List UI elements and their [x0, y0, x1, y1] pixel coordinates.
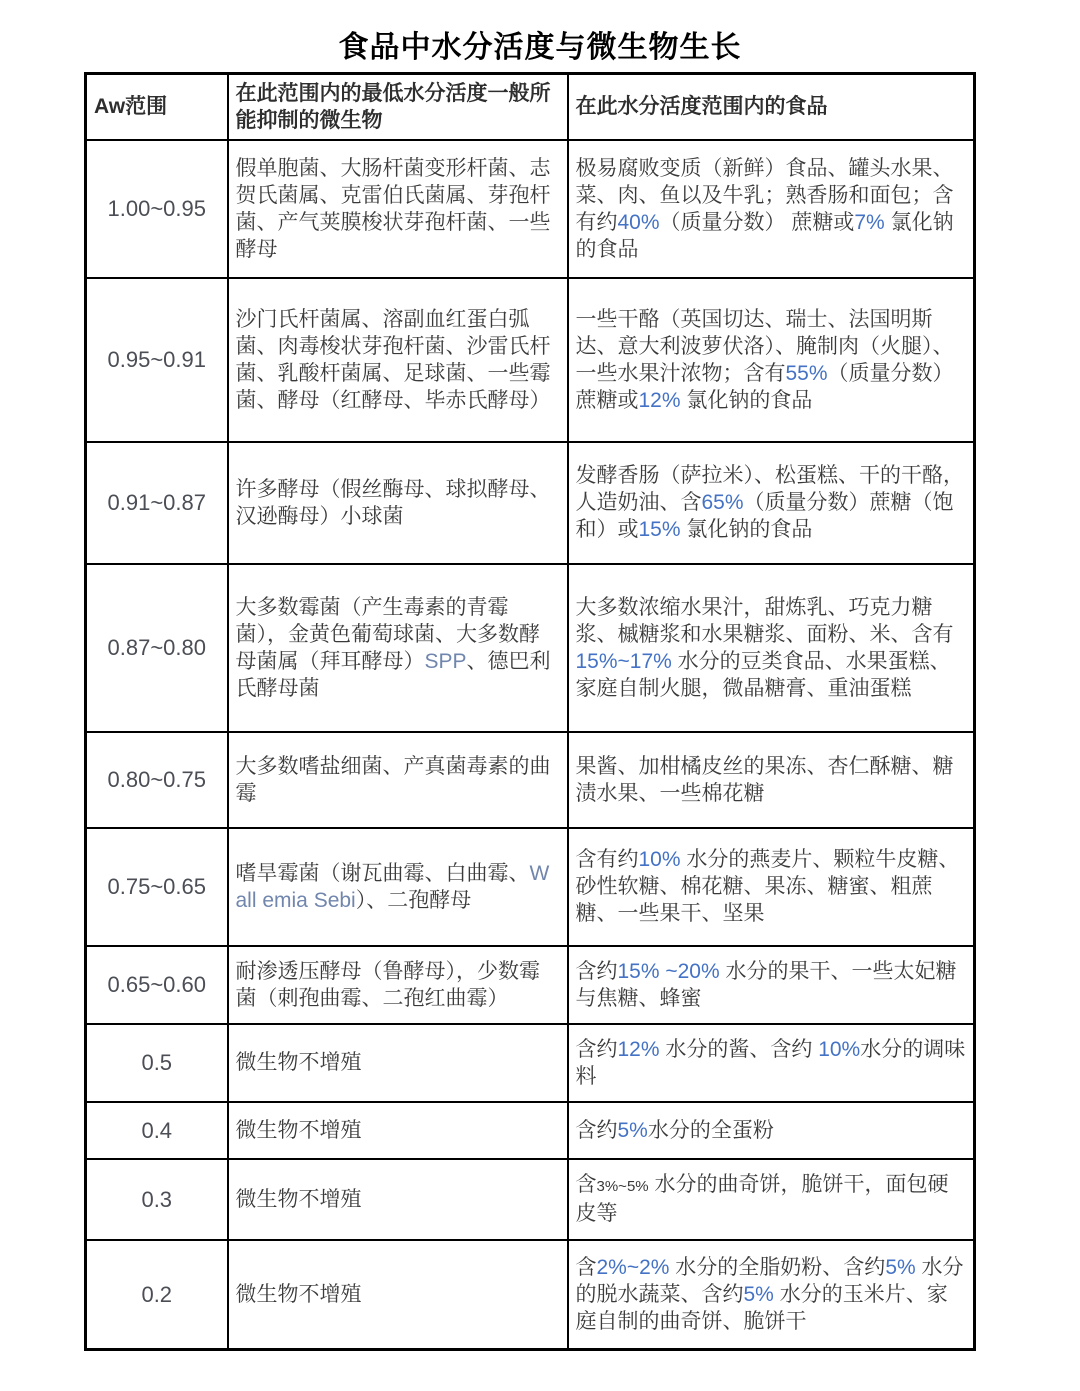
microbes-cell: 沙门氏杆菌属、溶副血红蛋白弧菌、肉毒梭状芽孢杆菌、沙雷氏杆菌、乳酸杆菌属、足球菌… [228, 278, 568, 442]
table-row: 0.95~0.91沙门氏杆菌属、溶副血红蛋白弧菌、肉毒梭状芽孢杆菌、沙雷氏杆菌、… [86, 278, 975, 442]
microbes-cell: 假单胞菌、大肠杆菌变形杆菌、志贺氏菌属、克雷伯氏菌属、芽孢杆菌、产气荚膜梭状芽孢… [228, 140, 568, 278]
foods-cell: 含约5%水分的全蛋粉 [568, 1102, 975, 1159]
text-segment: 含 [576, 1256, 597, 1279]
text-segment: 耐渗透压酵母（鲁酵母），少数霉菌（刺孢曲霉、二孢红曲霉） [236, 960, 541, 1010]
text-segment: 氯化钠的食品 [681, 518, 813, 541]
microbes-cell: 大多数霉菌（产生毒素的青霉菌），金黄色葡萄球菌、大多数酵母菌属（拜耳酵母）SPP… [228, 564, 568, 732]
text-segment: 15%~17% [576, 650, 672, 673]
microbes-cell: 许多酵母（假丝酶母、球拟酵母、汉逊酶母）小球菌 [228, 442, 568, 564]
microbes-cell: 嗜旱霉菌（谢瓦曲霉、白曲霉、Wall emia Sebi）、二孢酵母 [228, 828, 568, 946]
column-header-aw-range: Aw范围 [86, 74, 228, 140]
table-row: 0.65~0.60耐渗透压酵母（鲁酵母），少数霉菌（刺孢曲霉、二孢红曲霉）含约1… [86, 946, 975, 1024]
microbes-cell: 大多数嗜盐细菌、产真菌毒素的曲霉 [228, 732, 568, 828]
foods-cell: 大多数浓缩水果汁，甜炼乳、巧克力糖浆、槭糖浆和水果糖浆、面粉、米、含有 15%~… [568, 564, 975, 732]
foods-cell: 一些干酪（英国切达、瑞士、法国明斯达、意大利波萝伏洛）、腌制肉（火腿）、一些水果… [568, 278, 975, 442]
column-header-foods: 在此水分活度范围内的食品 [568, 74, 975, 140]
text-segment: 5% [618, 1119, 648, 1142]
text-segment: 水分的全蛋粉 [648, 1119, 774, 1142]
foods-cell: 极易腐败变质（新鲜）食品、罐头水果、菜、肉、鱼以及牛乳；熟香肠和面包；含有约40… [568, 140, 975, 278]
text-segment: 大多数浓缩水果汁，甜炼乳、巧克力糖浆、槭糖浆和水果糖浆、面粉、米、含有 [576, 596, 954, 646]
aw-range-cell: 0.91~0.87 [86, 442, 228, 564]
aw-range-cell: 0.5 [86, 1024, 228, 1102]
text-segment: 许多酵母（假丝酶母、球拟酵母、汉逊酶母）小球菌 [236, 478, 551, 528]
text-segment: 15% ~20% [618, 960, 720, 983]
text-segment: 大多数嗜盐细菌、产真菌毒素的曲霉 [236, 755, 551, 805]
aw-range-cell: 1.00~0.95 [86, 140, 228, 278]
aw-range-cell: 0.3 [86, 1159, 228, 1240]
text-segment: 果酱、加柑橘皮丝的果冻、杏仁酥糖、糖渍水果、一些棉花糖 [576, 755, 954, 805]
table-row: 0.80~0.75大多数嗜盐细菌、产真菌毒素的曲霉果酱、加柑橘皮丝的果冻、杏仁酥… [86, 732, 975, 828]
table-row: 0.4微生物不增殖含约5%水分的全蛋粉 [86, 1102, 975, 1159]
text-segment: 3%~5% [597, 1178, 649, 1195]
text-segment: 55% [786, 362, 828, 385]
foods-cell: 果酱、加柑橘皮丝的果冻、杏仁酥糖、糖渍水果、一些棉花糖 [568, 732, 975, 828]
header-row: Aw范围 在此范围内的最低水分活度一般所能抑制的微生物 在此水分活度范围内的食品 [86, 74, 975, 140]
text-segment: 假单胞菌、大肠杆菌变形杆菌、志贺氏菌属、克雷伯氏菌属、芽孢杆菌、产气荚膜梭状芽孢… [236, 157, 551, 261]
text-segment: 5% [885, 1256, 915, 1279]
aw-range-cell: 0.75~0.65 [86, 828, 228, 946]
text-segment: 水分的酱、含约 [660, 1038, 819, 1061]
microbes-cell: 微生物不增殖 [228, 1102, 568, 1159]
table-row: 0.5微生物不增殖含约12% 水分的酱、含约 10%水分的调味料 [86, 1024, 975, 1102]
text-segment: 2%~2% [597, 1256, 670, 1279]
page-title: 食品中水分活度与微生物生长 [0, 22, 1080, 66]
aw-range-cell: 0.95~0.91 [86, 278, 228, 442]
text-segment: 10% [639, 848, 681, 871]
text-segment: 5% [744, 1283, 774, 1306]
aw-range-cell: 0.4 [86, 1102, 228, 1159]
text-segment: ）、二孢酵母 [356, 889, 472, 912]
text-segment: 40% [618, 211, 660, 234]
text-segment: 微生物不增殖 [236, 1051, 362, 1074]
text-segment: 微生物不增殖 [236, 1283, 362, 1306]
table-row: 0.75~0.65嗜旱霉菌（谢瓦曲霉、白曲霉、Wall emia Sebi）、二… [86, 828, 975, 946]
column-header-microbes: 在此范围内的最低水分活度一般所能抑制的微生物 [228, 74, 568, 140]
text-segment: 含约 [576, 1119, 618, 1142]
microbes-cell: 微生物不增殖 [228, 1159, 568, 1240]
text-segment: 微生物不增殖 [236, 1119, 362, 1142]
aw-range-cell: 0.80~0.75 [86, 732, 228, 828]
aw-range-cell: 0.2 [86, 1240, 228, 1350]
text-segment: 氯化钠的食品 [681, 389, 813, 412]
text-segment: SPP [425, 650, 467, 673]
text-segment: 含约 [576, 1038, 618, 1061]
text-segment: 12% [618, 1038, 660, 1061]
aw-range-cell: 0.87~0.80 [86, 564, 228, 732]
text-segment: 微生物不增殖 [236, 1188, 362, 1211]
text-segment: 含有约 [576, 848, 639, 871]
foods-cell: 含有约10% 水分的燕麦片、颗粒牛皮糖、砂性软糖、棉花糖、果冻、糖蜜、粗蔗糖、一… [568, 828, 975, 946]
text-segment: 65% [702, 491, 744, 514]
table-row: 0.3微生物不增殖含3%~5% 水分的曲奇饼，脆饼干，面包硬皮等 [86, 1159, 975, 1240]
text-segment: 嗜旱霉菌（谢瓦曲霉、白曲霉、 [236, 862, 530, 885]
foods-cell: 含约12% 水分的酱、含约 10%水分的调味料 [568, 1024, 975, 1102]
microbes-cell: 微生物不增殖 [228, 1240, 568, 1350]
table-body: 1.00~0.95假单胞菌、大肠杆菌变形杆菌、志贺氏菌属、克雷伯氏菌属、芽孢杆菌… [86, 140, 975, 1350]
microbes-cell: 耐渗透压酵母（鲁酵母），少数霉菌（刺孢曲霉、二孢红曲霉） [228, 946, 568, 1024]
table-header: Aw范围 在此范围内的最低水分活度一般所能抑制的微生物 在此水分活度范围内的食品 [86, 74, 975, 140]
foods-cell: 含2%~2% 水分的全脂奶粉、含约5% 水分的脱水蔬菜、含约5% 水分的玉米片、… [568, 1240, 975, 1350]
aw-range-cell: 0.65~0.60 [86, 946, 228, 1024]
table-row: 0.2微生物不增殖含2%~2% 水分的全脂奶粉、含约5% 水分的脱水蔬菜、含约5… [86, 1240, 975, 1350]
table-row: 0.91~0.87许多酵母（假丝酶母、球拟酵母、汉逊酶母）小球菌发酵香肠（萨拉米… [86, 442, 975, 564]
microbes-cell: 微生物不增殖 [228, 1024, 568, 1102]
foods-cell: 发酵香肠（萨拉米）、松蛋糕、干的干酪，人造奶油、含65%（质量分数）蔗糖（饱和）… [568, 442, 975, 564]
text-segment: （质量分数） 蔗糖或 [660, 211, 855, 234]
table-row: 0.87~0.80大多数霉菌（产生毒素的青霉菌），金黄色葡萄球菌、大多数酵母菌属… [86, 564, 975, 732]
document-page: 食品中水分活度与微生物生长 Aw范围 在此范围内的最低水分活度一般所能抑制的微生… [0, 0, 1080, 1391]
text-segment: 沙门氏杆菌属、溶副血红蛋白弧菌、肉毒梭状芽孢杆菌、沙雷氏杆菌、乳酸杆菌属、足球菌… [236, 308, 551, 412]
text-segment: 水分的全脂奶粉、含约 [669, 1256, 885, 1279]
text-segment: 15% [639, 518, 681, 541]
text-segment: 10% [818, 1038, 860, 1061]
foods-cell: 含约15% ~20% 水分的果干、一些太妃糖与焦糖、蜂蜜 [568, 946, 975, 1024]
foods-cell: 含3%~5% 水分的曲奇饼，脆饼干，面包硬皮等 [568, 1159, 975, 1240]
text-segment: 7% [854, 211, 884, 234]
text-segment: 含约 [576, 960, 618, 983]
text-segment: 12% [639, 389, 681, 412]
text-segment: 含 [576, 1173, 597, 1196]
table-row: 1.00~0.95假单胞菌、大肠杆菌变形杆菌、志贺氏菌属、克雷伯氏菌属、芽孢杆菌… [86, 140, 975, 278]
aw-table: Aw范围 在此范围内的最低水分活度一般所能抑制的微生物 在此水分活度范围内的食品… [84, 72, 976, 1351]
